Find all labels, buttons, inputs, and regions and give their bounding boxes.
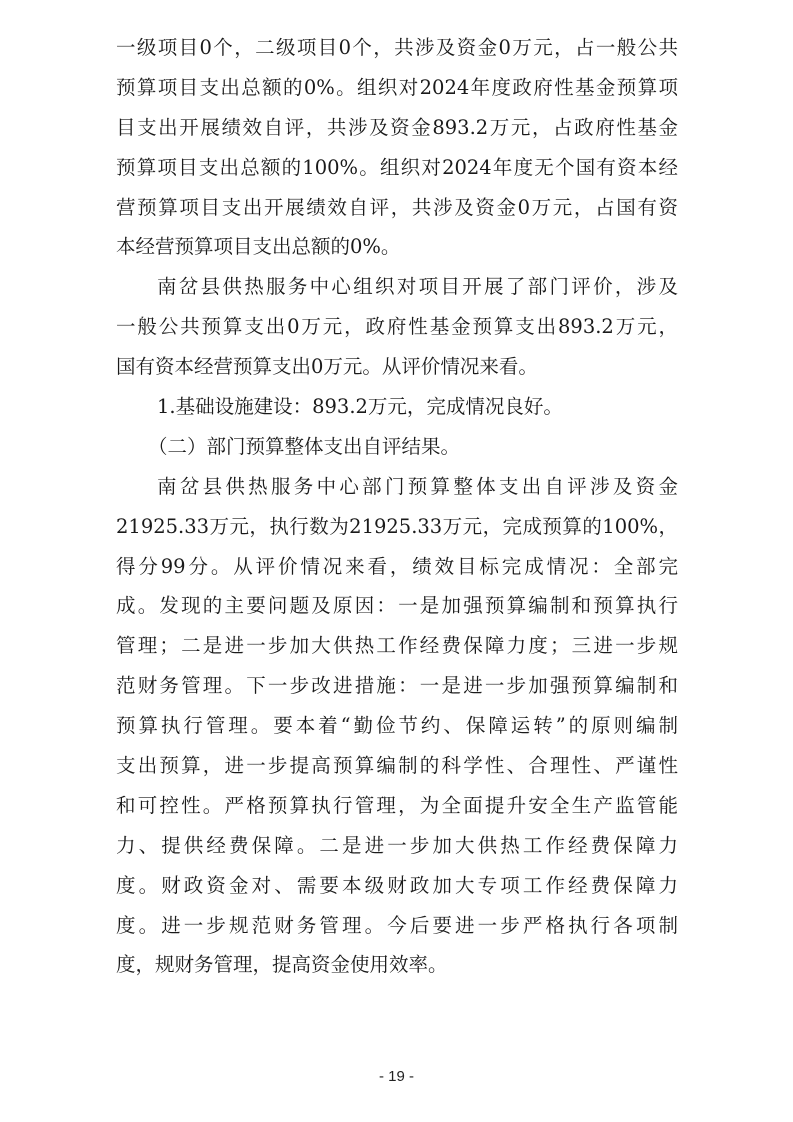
section-heading: （二）部门预算整体支出自评结果。 (116, 427, 678, 467)
paragraph-line: 国有资本经营预算支出0万元。从评价情况来看。 (116, 347, 678, 387)
paragraph-line: 支出预算，进一步提高预算编制的科学性、合理性、严谨性 (116, 746, 678, 786)
paragraph-line: 预算执行管理。要本着“勤俭节约、保障运转”的原则编制 (116, 706, 678, 746)
paragraph-line: 21925.33万元，执行数为21925.33万元，完成预算的100%， (116, 507, 678, 547)
paragraph-line: 一级项目0个，二级项目0个，共涉及资金0万元，占一般公共 (116, 28, 678, 68)
paragraph-line: 度。财政资金对、需要本级财政加大专项工作经费保障力 (116, 866, 678, 906)
paragraph-line: 力、提供经费保障。二是进一步加大供热工作经费保障力 (116, 826, 678, 866)
paragraph-line: 度，规财务管理，提高资金使用效率。 (116, 945, 678, 985)
paragraph-line: 度。进一步规范财务管理。今后要进一步严格执行各项制 (116, 906, 678, 946)
paragraph-line: 营预算项目支出开展绩效自评，共涉及资金0万元，占国有资 (116, 188, 678, 228)
paragraph-line: 本经营预算项目支出总额的0%。 (116, 227, 678, 267)
paragraph-line: 南岔县供热服务中心部门预算整体支出自评涉及资金 (116, 467, 678, 507)
paragraph-line: 管理；二是进一步加大供热工作经费保障力度；三进一步规 (116, 626, 678, 666)
paragraph-line: 南岔县供热服务中心组织对项目开展了部门评价，涉及 (116, 267, 678, 307)
paragraph-line: 和可控性。严格预算执行管理，为全面提升安全生产监管能 (116, 786, 678, 826)
paragraph-line: 一般公共预算支出0万元，政府性基金预算支出893.2万元， (116, 307, 678, 347)
paragraph-line: 范财务管理。下一步改进措施：一是进一步加强预算编制和 (116, 666, 678, 706)
paragraph-line: 得分99分。从评价情况来看，绩效目标完成情况：全部完 (116, 547, 678, 587)
paragraph-line: 成。发现的主要问题及原因：一是加强预算编制和预算执行 (116, 586, 678, 626)
paragraph-line: 目支出开展绩效自评，共涉及资金893.2万元，占政府性基金 (116, 108, 678, 148)
paragraph-line: 预算项目支出总额的0%。组织对2024年度政府性基金预算项 (116, 68, 678, 108)
list-item: 1.基础设施建设：893.2万元，完成情况良好。 (116, 387, 678, 427)
body-text: 一级项目0个，二级项目0个，共涉及资金0万元，占一般公共 预算项目支出总额的0%… (116, 28, 678, 985)
document-page: 一级项目0个，二级项目0个，共涉及资金0万元，占一般公共 预算项目支出总额的0%… (0, 0, 793, 1122)
page-number: - 19 - (0, 1068, 793, 1085)
paragraph-line: 预算项目支出总额的100%。组织对2024年度无个国有资本经 (116, 148, 678, 188)
